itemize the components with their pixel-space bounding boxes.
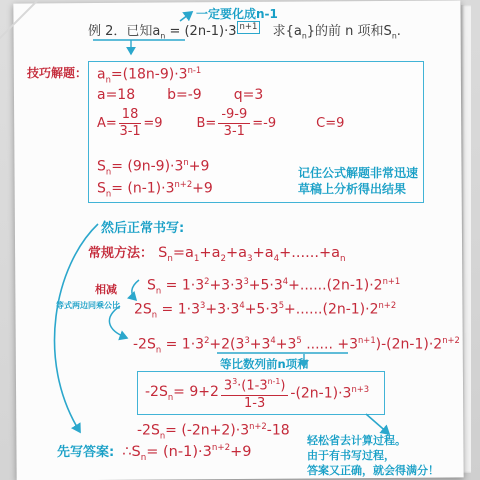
trick-line-sn1: Sn= (9n-9)·3n+9 xyxy=(97,157,209,176)
answer-label: 先写答案: xyxy=(57,445,114,460)
trick-line-an: an=(18n-9)·3n-1 xyxy=(97,65,201,84)
problem-statement: 例 2．已知an = (2n-1)·3n+1 求{an}的前 n 项和Sn. xyxy=(88,20,401,41)
key-equation-fraction: 33·(1-3n-1)1-3 xyxy=(221,375,288,410)
problem-text-tail: 求{an}的前 n 项和Sn. xyxy=(273,24,401,39)
trick-B-fraction: -9-93-1 xyxy=(218,108,250,139)
problem-text-lead: 例 2．已知 xyxy=(88,24,152,39)
answer-row: 先写答案: ∴Sn= (n-1)·3n+2+9 xyxy=(57,441,252,463)
boxed-exponent: n+1 xyxy=(237,21,261,34)
key-equation-tail: -(2n-1)·3n+3 xyxy=(290,384,369,402)
multiply-ratio-label: 等式两边同乘公比 xyxy=(56,300,120,311)
key-equation-lead: -2Sn= 9+2 xyxy=(145,384,219,402)
trick-a: a=18 xyxy=(97,87,135,103)
trick-b: b=-9 xyxy=(167,87,202,103)
trick-B-pre: B= xyxy=(197,116,217,131)
trick-A-post: =9 xyxy=(143,116,162,131)
method-row: 常规方法： Sn=a1+a2+a3+a4+......+an xyxy=(88,242,346,264)
line-neg2sn: -2Sn = 1·32+2(33+34+35 ...... +3n+1)-(2n… xyxy=(133,335,460,354)
trick-solution-box: an=(18n-9)·3n-1 a=18 b=-9 q=3 A= 183-1 =… xyxy=(88,61,424,203)
line-result: -2Sn= (-2n+2)·3n+2-18 xyxy=(137,421,290,440)
trick-line-abq: a=18 b=-9 q=3 xyxy=(97,87,263,103)
intro-normal-writing: 然后正常书写: xyxy=(101,217,184,236)
trick-A-pre: A= xyxy=(97,116,117,131)
trick-C: C=9 xyxy=(316,116,344,131)
line-2sn: 2Sn = 1·33+3·34+5·35+......(2n-1)·2n+2 xyxy=(134,300,396,319)
benefit-tips: 轻松省去计算过程。 由于有书写过程， 答案又正确，就会得满分！ xyxy=(307,433,472,478)
trick-note-1: 记住公式解题非常迅速 xyxy=(298,164,418,181)
trick-q: q=3 xyxy=(234,87,264,103)
notes-page: 例 2．已知an = (2n-1)·3n+1 求{an}的前 n 项和Sn. 一… xyxy=(0,0,480,480)
answer-formula: ∴Sn= (n-1)·3n+2+9 xyxy=(122,444,251,460)
trick-line-ABC: A= 183-1 =9 B= -9-93-1 =-9 C=9 xyxy=(97,108,344,139)
subtract-label: 相减 xyxy=(95,281,117,297)
method-label: 常规方法： xyxy=(88,246,153,261)
problem-formula: an = (2n-1)·3 xyxy=(152,24,236,39)
trick-A-fraction: 183-1 xyxy=(119,108,142,139)
trick-label: 技巧解题： xyxy=(27,64,87,81)
method-formula: Sn=a1+a2+a3+a4+......+an xyxy=(158,245,345,261)
tip-1: 轻松省去计算过程。 xyxy=(307,433,472,448)
tip-2: 由于有书写过程， xyxy=(307,448,472,463)
key-equation-box: -2Sn= 9+2 33·(1-3n-1)1-3 -(2n-1)·3n+3 xyxy=(137,371,385,415)
geometric-sum-label: 等比数列前n项和 xyxy=(220,356,309,372)
trick-B-post: =-9 xyxy=(252,116,276,131)
line-sn: Sn = 1·32+3·33+5·34+......(2n-1)·2n+1 xyxy=(147,276,400,295)
tip-3: 答案又正确，就会得满分！ xyxy=(307,463,472,478)
trick-line-sn2: Sn= (n-1)·3n+2+9 xyxy=(97,179,213,198)
trick-note-2: 草稿上分析得出结果 xyxy=(298,180,406,197)
callout-must-convert: 一定要化成n-1 xyxy=(196,5,278,22)
